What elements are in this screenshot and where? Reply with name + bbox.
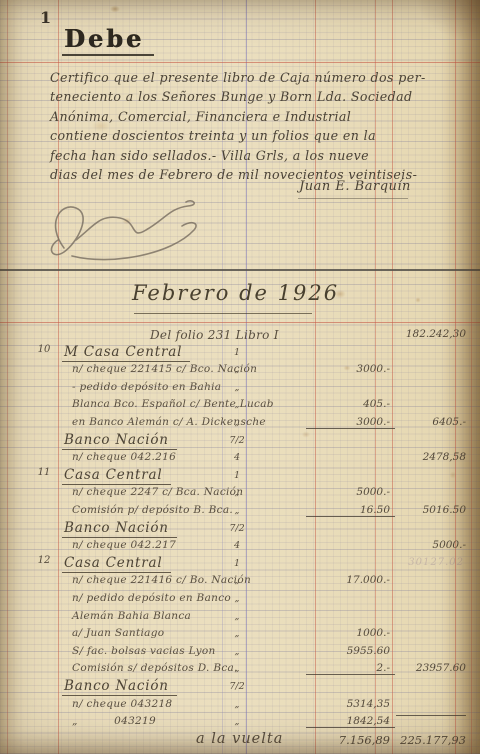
folio-mark: „ [224,505,250,516]
ledger-row: „ 043219„1842,54 [0,713,480,731]
ledger-row: 11Casa Central1 [0,467,480,485]
folio-mark: „ [224,417,250,428]
ledger-row: Banco Nación7/2 [0,520,480,538]
folio-mark: „ [224,575,250,586]
folio-mark: „ [224,628,250,639]
entry-description: a/ Juan Santiago [72,627,164,639]
entry-description: Casa Central [62,555,171,573]
table-top-rule [0,322,480,323]
folio-mark: „ [224,487,250,498]
ledger-page: 1 Debe Certifico que el presente libro d… [0,0,480,754]
ledger-row: Alemán Bahia Blanca„ [0,608,480,626]
ledger-row: Comisión s/ depósitos D. Bca.„2.-23957.6… [0,660,480,678]
day-number: 12 [32,555,56,566]
certificate-line: Anónima, Comercial, Financiera e Industr… [50,107,468,126]
folio-mark: „ [224,663,250,674]
ledger-row: Comisión p/ depósito B. Bca.„16.505016.5… [0,502,480,520]
amount-partial: 2.- [306,662,395,675]
amount-partial: 7.156,89 [306,733,395,747]
entry-description: Casa Central [62,467,171,485]
amount-partial: 3000.- [306,363,395,375]
ledger-row: n/ cheque 042.21745000.- [0,537,480,555]
amount-total: 23957.60 [396,662,466,674]
ledger-row: n/ cheque 221415 c/ Bco. Nación„3000.- [0,361,480,379]
entry-description: n/ cheque 042.216 [72,451,176,463]
amount-total: 2478,58 [396,451,466,463]
amount-partial: 5955.60 [306,645,395,657]
folio-mark: „ [224,399,250,410]
ledger-row: n/ cheque 2247 c/ Bca. Nación„5000.- [0,484,480,502]
signer-underline [298,198,408,199]
certificate-line: fecha han sido sellados.- Villa Grls, a … [50,146,468,165]
entry-description: Del folio 231 Libro I [150,328,279,342]
folio-mark: 4 [224,452,250,463]
amount-total: 225.177,93 [396,733,466,747]
amount-total: 5000.- [396,539,466,551]
certificate-line: teneciento a los Señores Bunge y Born Ld… [50,87,468,106]
signature-flourish-icon [42,196,227,268]
certificate-line: Certifico que el presente libro de Caja … [50,68,468,87]
ledger-row: Banco Nación7/2 [0,678,480,696]
entry-description: n/ cheque 042.217 [72,539,176,551]
ledger-row: 10M Casa Central1 [0,344,480,362]
ledger-row: - pedido depósito en Bahia„ [0,379,480,397]
ledger-row: Del folio 231 Libro I182.242,30 [0,326,480,344]
entry-description: Banco Nación [62,678,177,696]
amount-partial: 5314,35 [306,698,395,710]
ledger-row: Banco Nación7/2 [0,432,480,450]
ledger-row: S/ fac. bolsas vacias Lyon„5955.60 [0,643,480,661]
ledger-row: n/ pedido depósito en Banco„ [0,590,480,608]
entry-description: n/ cheque 043218 [72,698,172,710]
bleed-through-number: 30127.02 [392,557,464,568]
entry-description: n/ cheque 2247 c/ Bca. Nación [72,486,243,498]
amount-total: 182.242,30 [396,328,466,340]
folio-mark: „ [224,646,250,657]
section-divider-line [0,269,480,271]
folio-mark: „ [224,364,250,375]
ledger-row: 12Casa Central130127.02 [0,555,480,573]
folio-mark: „ [224,716,250,727]
folio-mark: 7/2 [224,523,250,534]
ledger-rows: Del folio 231 Libro I182.242,3010M Casa … [0,326,480,754]
corner-shadow [390,0,480,60]
folio-mark: „ [224,699,250,710]
entry-description: M Casa Central [62,344,190,362]
day-number: 11 [32,467,56,478]
folio-mark: 1 [224,558,250,569]
ledger-row: Blanca Bco. Español c/ Bente Lucab„405.- [0,396,480,414]
amount-partial: 5000.- [306,486,395,498]
page-number: 1 [40,8,51,27]
month-underline [134,313,312,314]
certificate-text: Certifico que el presente libro de Caja … [50,68,468,184]
paper-stain [414,296,422,304]
entry-description: Banco Nación [62,432,177,450]
certificate-line: contiene doscientos treinta y un folios … [50,126,468,145]
folio-mark: „ [224,382,250,393]
entry-description: Comisión s/ depósitos D. Bca. [72,662,238,674]
entry-description: Alemán Bahia Blanca [72,610,191,622]
entry-description: - pedido depósito en Bahia [72,381,221,393]
ledger-row: n/ cheque 043218„5314,35 [0,696,480,714]
folio-mark: 7/2 [224,435,250,446]
amount-partial: 16.50 [306,504,395,517]
ledger-row: a la vuelta7.156,89225.177,93 [0,731,480,749]
amount-total: 6405.- [396,416,466,428]
header-rule [0,62,480,63]
amount-partial: 405.- [306,398,395,410]
entry-description: n/ pedido depósito en Banco [72,592,231,604]
folio-mark: 4 [224,540,250,551]
folio-mark: 1 [224,470,250,481]
ledger-row: n/ cheque 221416 c/ Bo. Nación„17.000.- [0,572,480,590]
paper-stain [120,216,134,226]
entry-description: Banco Nación [62,520,177,538]
amount-partial: 1842,54 [306,715,395,728]
ledger-row: n/ cheque 042.21642478,58 [0,449,480,467]
amount-partial: 3000.- [306,416,395,429]
page-title: Debe [62,24,154,56]
entry-description: Comisión p/ depósito B. Bca. [72,504,233,516]
amount-partial: 1000.- [306,627,395,639]
paper-stain [108,4,122,14]
entry-description: S/ fac. bolsas vacias Lyon [72,645,216,657]
folio-mark: „ [224,611,250,622]
certificate-signer: Juan E. Barquín [280,179,430,194]
amount-total: 5016.50 [396,504,466,516]
folio-mark: „ [224,593,250,604]
entry-description: a la vuelta [196,731,283,747]
ledger-row: a/ Juan Santiago„1000.- [0,625,480,643]
ledger-row: en Banco Alemán c/ A. Dickensche„3000.-6… [0,414,480,432]
entry-description: „ 043219 [72,715,156,727]
amount-partial: 17.000.- [306,574,395,586]
month-heading: Febrero de 1926 [132,281,339,305]
day-number: 10 [32,344,56,355]
folio-mark: 1 [224,347,250,358]
folio-mark: 7/2 [224,681,250,692]
amount-total [396,715,466,716]
